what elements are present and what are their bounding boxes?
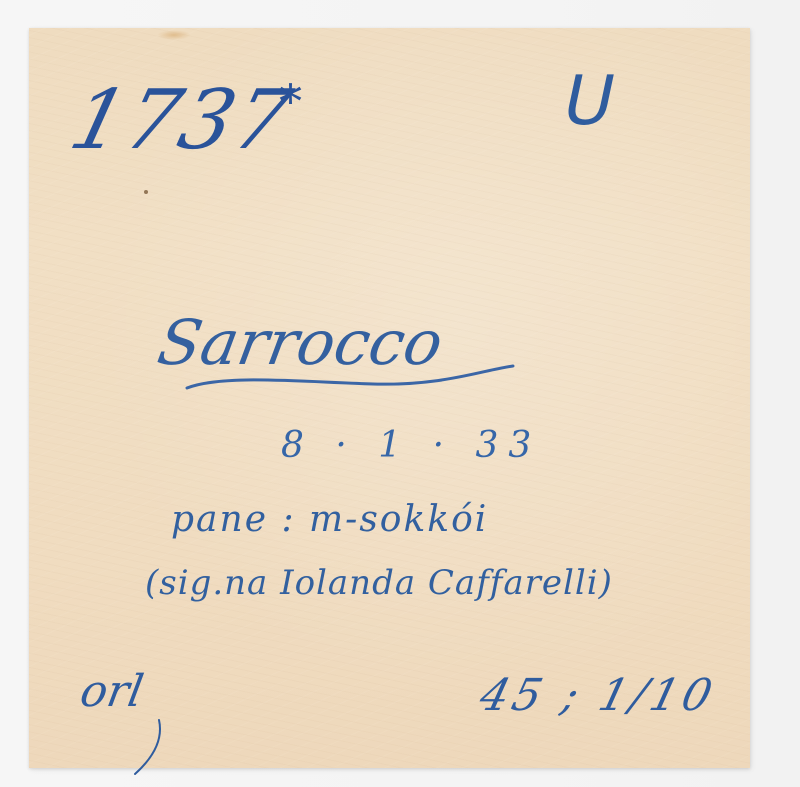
initials-tail-stroke [129,718,169,778]
catalog-mark: * [279,78,302,124]
place-name-title: Sarrocco [154,312,448,374]
record-date: 8 · 1 · 33 [281,428,541,464]
index-card: 1737 * U Sarrocco 8 · 1 · 33 pane : m-so… [29,28,750,768]
reference-number: 45 ; 1/10 [476,674,721,718]
series-letter: U [557,68,621,136]
scan-background: 1737 * U Sarrocco 8 · 1 · 33 pane : m-so… [0,0,800,787]
entry-text-line-2: (sig.na Iolanda Caffarelli) [145,566,613,600]
catalog-number: 1737 [63,80,300,162]
ink-speck [144,190,148,194]
entry-text-line-1: pane : m-sokkói [171,502,488,538]
initials: orl [77,670,146,714]
paper-stain [157,30,191,40]
